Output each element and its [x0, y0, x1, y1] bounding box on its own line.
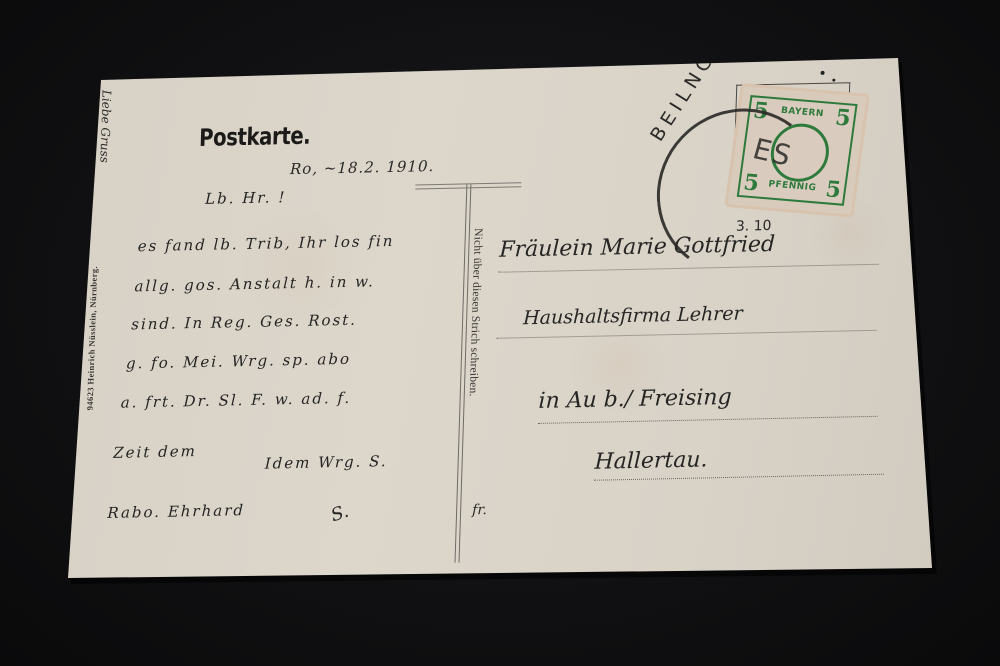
ink-spot [832, 79, 835, 82]
printer-imprint: 94623 Heinrich Nüsslein, Nürnberg. [85, 266, 100, 411]
message-line: Idem Wrg. S. [265, 452, 389, 473]
handwritten-date: Ro, ~18.2. 1910. [290, 157, 435, 178]
postcard: Liebe Gruss Ihr lieber Freund Rudolf Ehr… [0, 0, 1000, 666]
message-line: es fand lb. Trib, Ihr los fin [137, 232, 394, 255]
address-rule [538, 416, 878, 424]
address-rule [497, 330, 877, 339]
address-rule [594, 474, 884, 481]
margin-note-line: Liebe Gruss [94, 90, 114, 196]
message-line: sind. In Reg. Ges. Rost. [131, 311, 357, 334]
margin-note-line: Ihr lieber Freund [43, 91, 63, 197]
margin-note-line: Rudolf Ehrhard [0, 92, 13, 198]
message-line: a. frt. Dr. Sl. F. w. ad. f. [121, 389, 352, 412]
ink-spot [821, 71, 825, 75]
postcard-title: Postkarte. [199, 122, 311, 152]
message-line: Zeit dem [113, 442, 197, 462]
message-line: g. fo. Mei. Wrg. sp. abo [126, 350, 352, 373]
address-line-region: Hallertau. [594, 447, 708, 474]
postmark-date: 3. 10 [736, 218, 772, 235]
fr-note: fr. [472, 502, 487, 518]
address-rule [499, 264, 879, 273]
message-line: allg. gos. Anstalt h. in w. [134, 272, 375, 295]
margin-note: Liebe Gruss Ihr lieber Freund Rudolf Ehr… [0, 89, 149, 198]
address-line-occupation: Haushaltsfirma Lehrer [523, 303, 743, 330]
address-line-town: in Au b./ Freising [538, 385, 732, 414]
signature: S. [329, 501, 352, 527]
message-line: Rabo. Ehrhard [107, 501, 245, 522]
divider-instruction: Nicht über diesen Strich schreiben. [467, 228, 484, 397]
message-line: Lb. Hr. ! [205, 188, 287, 208]
postcard-content: Liebe Gruss Ihr lieber Freund Rudolf Ehr… [85, 63, 900, 576]
